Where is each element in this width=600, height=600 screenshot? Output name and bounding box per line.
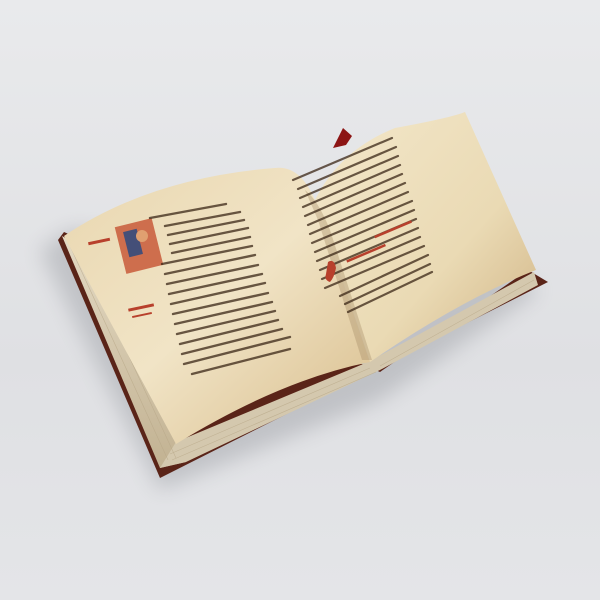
bookmark-ribbon — [333, 128, 352, 148]
book-illustration — [0, 0, 600, 600]
book-scene — [0, 0, 600, 600]
